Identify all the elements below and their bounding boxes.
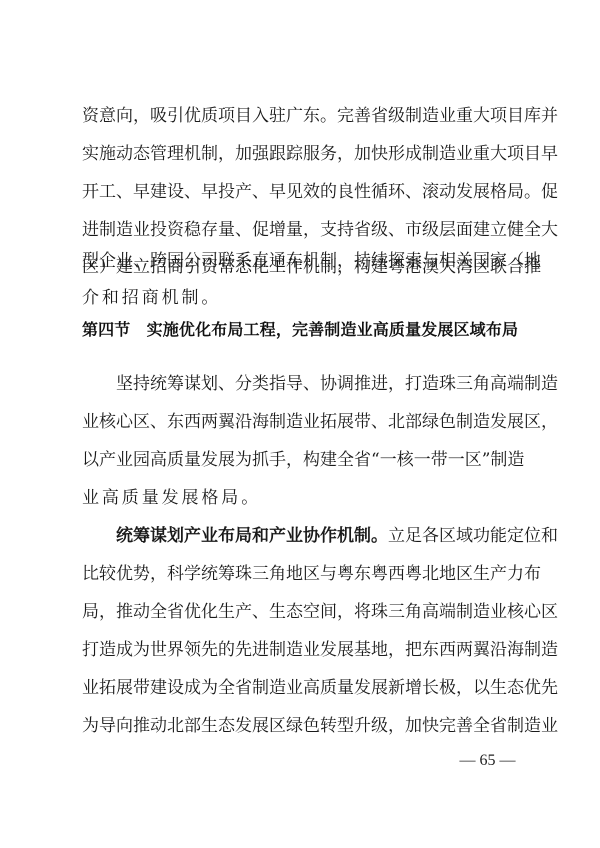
paragraph-line: 业拓展带建设成为全省制造业高质量发展新增长极，以生态优先 [82,676,518,700]
bold-lead: 统筹谋划产业布局和产业协作机制。 [116,526,388,546]
paragraph-line: 进制造业投资稳存量、促增量，支持省级、市级层面建立健全大 [82,218,518,242]
paragraph-line: 区）建立招商引资常态化工作机制，构建粤港澳大湾区联合推 [82,255,518,279]
paragraph-line: 实施动态管理机制，加强跟踪服务，加快形成制造业重大项目早 [82,142,518,166]
section-heading: 第四节 实施优化布局工程，完善制造业高质量发展区域布局 [82,318,518,342]
paragraph-line: 为导向推动北部生态发展区绿色转型升级，加快完善全省制造业 [82,714,518,738]
paragraph-first-line: 统筹谋划产业布局和产业协作机制。立足各区域功能定位和 [82,524,518,548]
paragraph-line: 坚持统筹谋划、分类指导、协调推进，打造珠三角高端制造 [82,372,518,396]
paragraph-line: 局，推动全省优化生产、生态空间，将珠三角高端制造业核心区 [82,600,518,624]
paragraph-line: 打造成为世界领先的先进制造业发展基地，把东西两翼沿海制造 [82,638,518,662]
paragraph-line: 比较优势，科学统筹珠三角地区与粤东粤西粤北地区生产力布 [82,562,518,586]
paragraph-line: 介和招商机制。 [82,286,518,310]
paragraph-line: 业核心区、东西两翼沿海制造业拓展带、北部绿色制造发展区， [82,410,518,434]
paragraph-line: 业高质量发展格局。 [82,486,518,510]
paragraph-line: 开工、早建设、早投产、早见效的良性循环、滚动发展格局。促 [82,180,518,204]
paragraph-line: 以产业园高质量发展为抓手，构建全省“一核一带一区”制造 [82,448,518,472]
document-page: 资意向，吸引优质项目入驻广东。完善省级制造业重大项目库并 实施动态管理机制，加强… [0,0,600,848]
paragraph-line: 资意向，吸引优质项目入驻广东。完善省级制造业重大项目库并 [82,104,518,128]
page-number: — 65 — [455,750,520,772]
